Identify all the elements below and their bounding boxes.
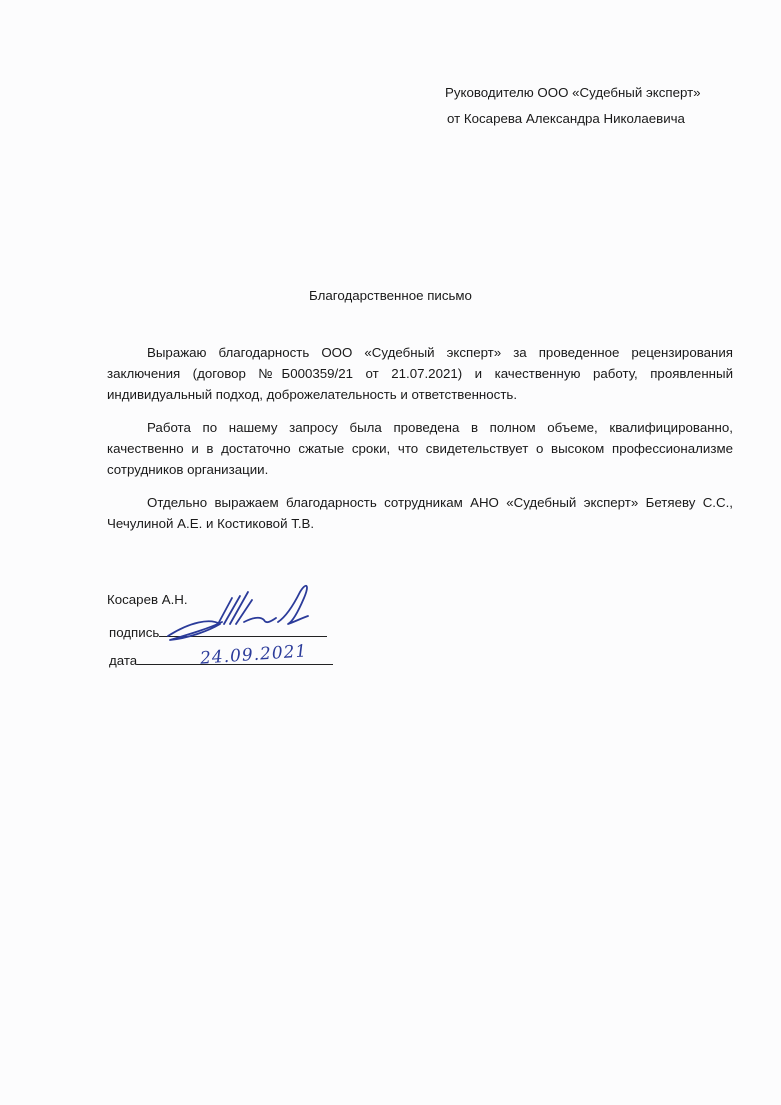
paragraph-1: Выражаю благодарность ООО «Судебный эксп… (107, 342, 733, 405)
handwritten-signature-icon (160, 578, 330, 648)
paragraph-3: Отдельно выражаем благодарность сотрудни… (107, 492, 733, 534)
letter-title: Благодарственное письмо (0, 288, 781, 303)
letter-body: Выражаю благодарность ООО «Судебный эксп… (107, 342, 733, 546)
addressee-block: Руководителю ООО «Судебный эксперт» от К… (445, 80, 701, 132)
addressee-recipient: Руководителю ООО «Судебный эксперт» (445, 80, 701, 106)
signature-label: подпись (109, 625, 159, 640)
date-label: дата (109, 653, 137, 668)
paragraph-2: Работа по нашему запросу была проведена … (107, 417, 733, 480)
addressee-sender: от Косарева Александра Николаевича (445, 106, 701, 132)
document-page: Руководителю ООО «Судебный эксперт» от К… (0, 0, 781, 1105)
